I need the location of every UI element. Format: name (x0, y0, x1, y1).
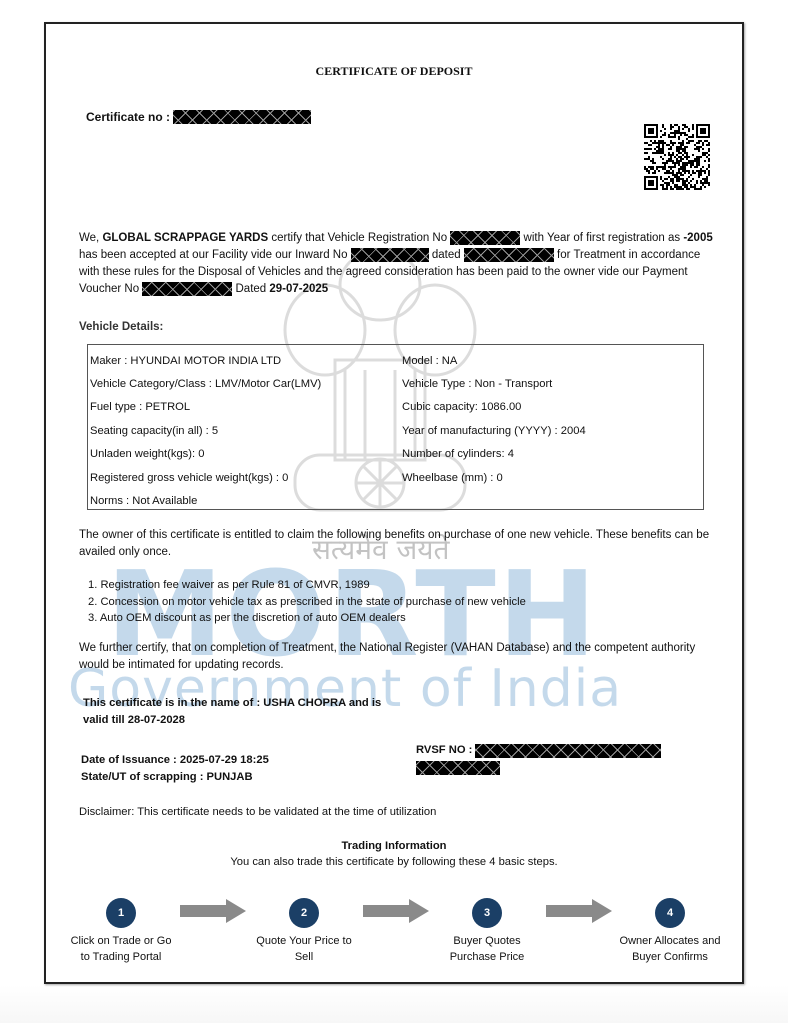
trading-step-2: 2Quote Your Price toSell (239, 898, 369, 965)
vehicle-detail-cell: Unladen weight(kgs): 0 (90, 448, 402, 460)
benefit-item: 3. Auto OEM discount as per the discreti… (88, 610, 526, 627)
vehicle-detail-row: Vehicle Category/Class : LMV/Motor Car(L… (90, 372, 700, 395)
arrow-right-icon (180, 899, 246, 923)
certification-statement: We, GLOBAL SCRAPPAGE YARDS certify that … (79, 230, 719, 298)
vehicle-detail-cell: Registered gross vehicle weight(kgs) : 0 (90, 472, 402, 484)
certificate-number: Certificate no : (86, 110, 311, 124)
vehicle-detail-cell: Number of cylinders: 4 (402, 448, 700, 460)
vehicle-detail-row: Seating capacity(in all) : 5Year of manu… (90, 419, 700, 442)
rvsf-number: RVSF NO : (416, 742, 661, 776)
vehicle-detail-cell: Vehicle Type : Non - Transport (402, 378, 700, 390)
arrow-right-icon (546, 899, 612, 923)
step-label: Click on Trade or Goto Trading Portal (56, 933, 186, 965)
rvsf-label: RVSF NO : (416, 742, 472, 759)
vehicle-detail-row: Unladen weight(kgs): 0Number of cylinder… (90, 443, 700, 466)
vehicle-detail-row: Maker : HYUNDAI MOTOR INDIA LTDModel : N… (90, 349, 700, 372)
voucher-no-redacted (142, 282, 232, 296)
step-number-badge: 3 (472, 898, 502, 928)
vehicle-detail-row: Norms : Not Available (90, 489, 700, 512)
vehicle-detail-cell: Seating capacity(in all) : 5 (90, 425, 402, 437)
trading-step-3: 3Buyer QuotesPurchase Price (422, 898, 552, 965)
owner-name-line: This certificate is in the name of : USH… (83, 695, 403, 712)
benefits-intro: The owner of this certificate is entitle… (79, 527, 719, 561)
vehicle-detail-cell: Model : NA (402, 355, 700, 367)
vehicle-detail-row: Fuel type : PETROLCubic capacity: 1086.0… (90, 396, 700, 419)
benefits-list: 1. Registration fee waiver as per Rule 8… (88, 577, 526, 627)
qr-code-icon (644, 124, 710, 190)
first-registration-year: -2005 (683, 232, 712, 244)
trading-info-title: Trading Information (0, 840, 788, 852)
rvsf-number-redacted-cont (416, 761, 500, 775)
step-label: Buyer QuotesPurchase Price (422, 933, 552, 965)
payment-date: 29-07-2025 (269, 283, 328, 295)
vehicle-detail-cell: Cubic capacity: 1086.00 (402, 401, 700, 413)
vehicle-detail-cell: Norms : Not Available (90, 495, 402, 507)
validity-line: valid till 28-07-2028 (83, 712, 403, 729)
step-number-badge: 1 (106, 898, 136, 928)
disclaimer: Disclaimer: This certificate needs to be… (79, 806, 436, 818)
document-title: CERTIFICATE OF DEPOSIT (0, 64, 788, 79)
further-certify-statement: We further certify, that on completion o… (79, 640, 719, 674)
arrow-right-icon (363, 899, 429, 923)
vehicle-detail-cell: Year of manufacturing (YYYY) : 2004 (402, 425, 700, 437)
scrapping-state: State/UT of scrapping : PUNJAB (81, 769, 269, 786)
step-label: Owner Allocates andBuyer Confirms (605, 933, 735, 965)
step-number-badge: 2 (289, 898, 319, 928)
inward-no-redacted (351, 248, 429, 262)
registration-no-redacted (450, 231, 520, 245)
trading-info-subtitle: You can also trade this certificate by f… (0, 856, 788, 868)
step-label: Quote Your Price toSell (239, 933, 369, 965)
rvsf-number-redacted (475, 744, 661, 758)
trading-step-1: 1Click on Trade or Goto Trading Portal (56, 898, 186, 965)
vehicle-detail-row: Registered gross vehicle weight(kgs) : 0… (90, 466, 700, 489)
inward-date-redacted (464, 248, 554, 262)
vehicle-detail-cell: Wheelbase (mm) : 0 (402, 472, 700, 484)
certificate-number-label: Certificate no : (86, 110, 170, 124)
issuance-info: Date of Issuance : 2025-07-29 18:25 Stat… (81, 752, 269, 786)
vehicle-details-table: Maker : HYUNDAI MOTOR INDIA LTDModel : N… (87, 344, 704, 510)
issuance-date: Date of Issuance : 2025-07-29 18:25 (81, 752, 269, 769)
vehicle-detail-cell: Maker : HYUNDAI MOTOR INDIA LTD (90, 355, 402, 367)
trading-step-4: 4Owner Allocates andBuyer Confirms (605, 898, 735, 965)
owner-info: This certificate is in the name of : USH… (83, 695, 403, 729)
benefit-item: 1. Registration fee waiver as per Rule 8… (88, 577, 526, 594)
benefit-item: 2. Concession on motor vehicle tax as pr… (88, 594, 526, 611)
step-number-badge: 4 (655, 898, 685, 928)
vehicle-details-heading: Vehicle Details: (79, 321, 163, 333)
certificate-number-redacted (173, 110, 311, 124)
facility-name: GLOBAL SCRAPPAGE YARDS (102, 232, 268, 244)
vehicle-detail-cell: Vehicle Category/Class : LMV/Motor Car(L… (90, 378, 402, 390)
vehicle-detail-cell: Fuel type : PETROL (90, 401, 402, 413)
